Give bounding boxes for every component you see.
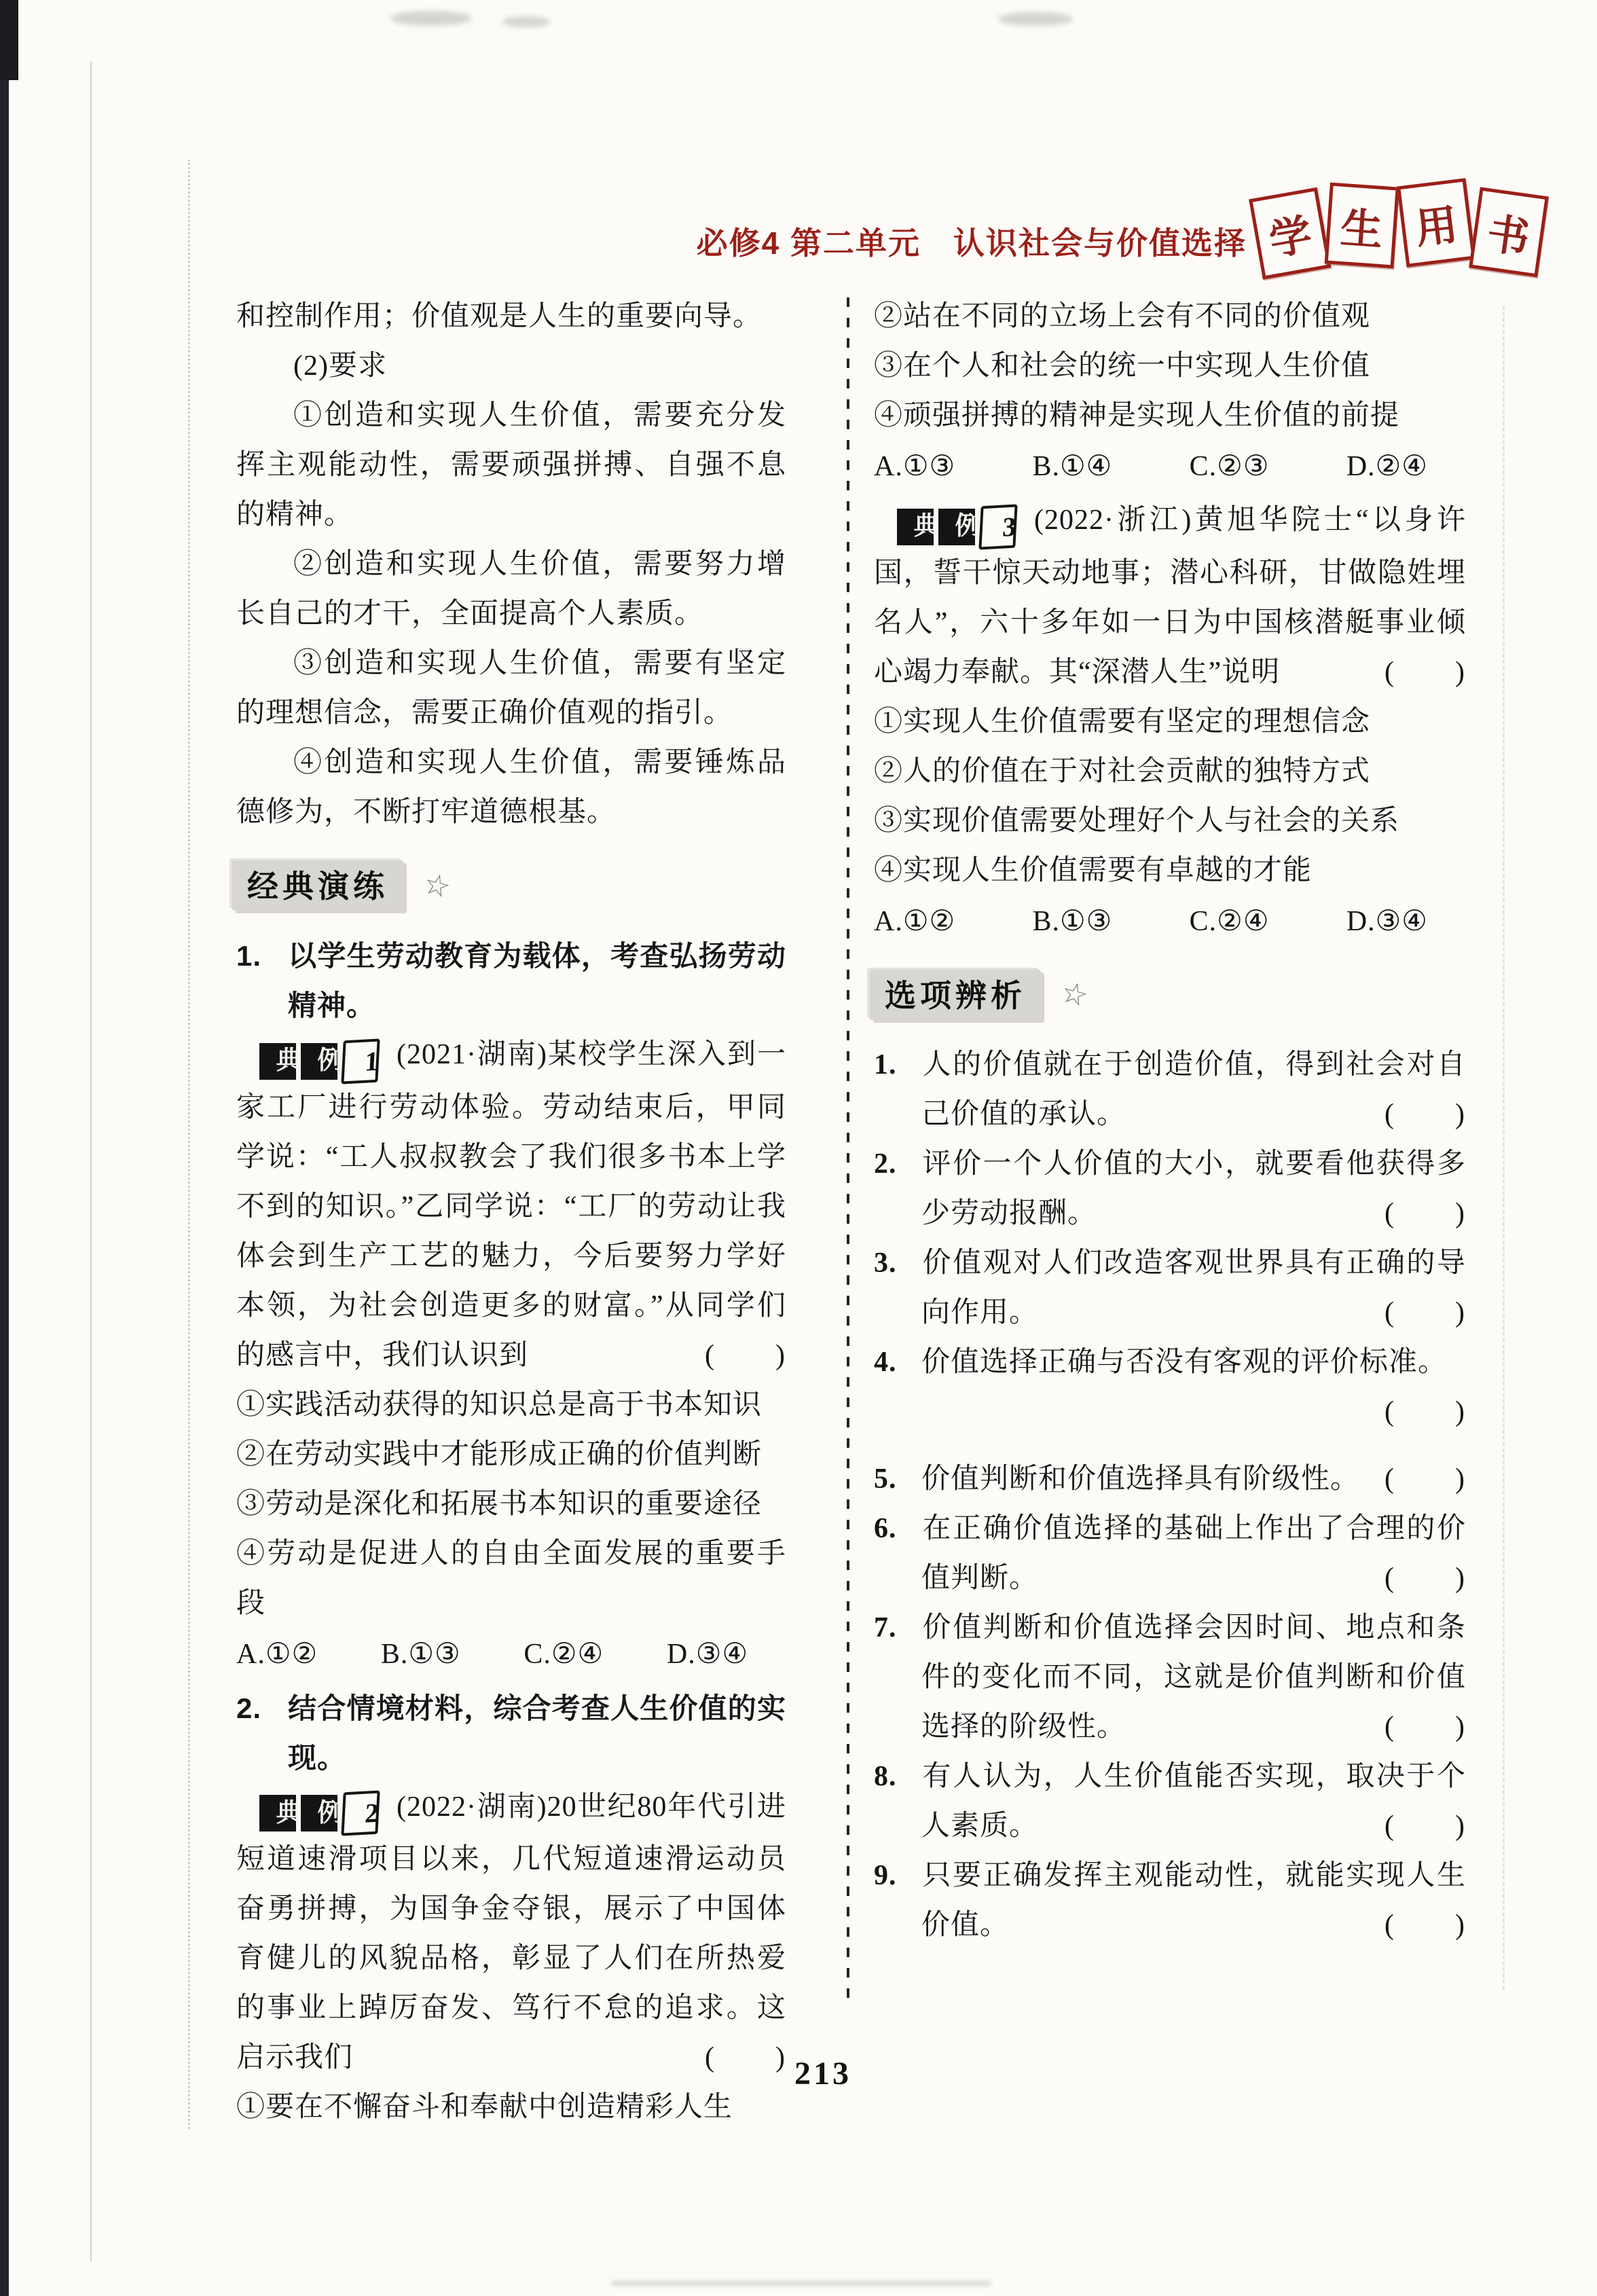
choice-a: A.①③: [874, 442, 955, 492]
badge-number: 3: [978, 504, 1017, 549]
left-margin-guide-line: [188, 160, 190, 2129]
intro-paragraph: ②创造和实现人生价值，需要努力增长自己的才干，全面提高个人素质。: [236, 540, 786, 639]
section-title: 选项辨析: [870, 970, 1041, 1020]
star-icon: ☆: [418, 858, 457, 913]
scan-smudge: [998, 12, 1073, 26]
option-line: ④顽强拼搏的精神是实现人生价值的前提: [874, 391, 1466, 441]
statement-7: 7.价值判断和价值选择会因时间、地点和条件的变化而不同，这就是价值判断和价值选择…: [874, 1603, 1466, 1752]
item-number: 2.: [236, 1683, 288, 1733]
answer-blank: ( ): [1432, 1455, 1466, 1504]
left-column: 和控制作用；价值观是人生的重要向导。 (2)要求 ①创造和实现人生价值，需要充分…: [236, 292, 786, 2132]
scan-smudge: [390, 11, 472, 26]
section-header-option-analysis: 选项辨析 ☆: [870, 970, 1466, 1020]
column-divider-dashed-line: [847, 297, 849, 2005]
example-2: 典例2(2022·湖南)20世纪80年代引进短道速滑项目以来，几代短道速滑运动员…: [236, 1783, 786, 2083]
statement-8: 8.有人认为，人生价值能否实现，取决于个人素质。( ): [874, 1752, 1466, 1851]
badge-char: 例: [938, 509, 975, 545]
intro-paragraph: (2)要求: [236, 342, 786, 391]
answer-blank: ( ): [1361, 648, 1466, 697]
statement-number: 1.: [874, 1040, 921, 1090]
choice-b: B.①③: [381, 1630, 461, 1679]
statement-number: 6.: [874, 1504, 921, 1554]
intro-paragraph: ④创造和实现人生价值，需要锤炼品德修为，不断打牢道德根基。: [236, 738, 786, 837]
choice-c: C.②③: [1190, 442, 1270, 492]
statement-number: 5.: [874, 1455, 921, 1504]
statement-4: 4.价值选择正确与否没有客观的评价标准。( ): [874, 1338, 1466, 1437]
page-number: 213: [735, 2055, 911, 2092]
example-badge: 典例3: [897, 505, 1016, 549]
answer-blank: ( ): [1432, 1387, 1466, 1437]
section-title: 经典演练: [232, 860, 403, 911]
section-header-classic-drill: 经典演练 ☆: [232, 860, 786, 911]
statement-number: 4.: [874, 1338, 921, 1387]
example-text: (2021·湖南)某校学生深入到一家工厂进行劳动体验。劳动结束后，甲同学说：“工…: [236, 1039, 786, 1371]
scan-left-edge: [0, 0, 9, 2296]
statement-number: 3.: [874, 1239, 921, 1288]
intro-paragraph: 和控制作用；价值观是人生的重要向导。: [236, 292, 786, 342]
item-number: 1.: [236, 931, 288, 981]
choice-c: C.②④: [524, 1630, 604, 1679]
statement-text: 价值判断和价值选择具有阶级性。: [921, 1463, 1359, 1495]
answer-blank: ( ): [1432, 1090, 1466, 1140]
example-3: 典例3(2022·浙江)黄旭华院士“以身许国，誓干惊天动地事；潜心科研，甘做隐姓…: [874, 496, 1466, 697]
badge-char: 典: [259, 1043, 296, 1080]
example-badge: 典例2: [259, 1791, 379, 1835]
logo-tile: 学: [1249, 187, 1331, 280]
intro-paragraph: ①创造和实现人生价值，需要充分发挥主观能动性，需要顽强拼搏、自强不息的精神。: [236, 391, 786, 540]
answer-blank: ( ): [1432, 1802, 1466, 1851]
choice-c: C.②④: [1190, 897, 1270, 947]
star-icon: ☆: [1056, 967, 1095, 1022]
badge-number: 2: [341, 1790, 380, 1836]
example-1: 典例1(2021·湖南)某校学生深入到一家工厂进行劳动体验。劳动结束后，甲同学说…: [236, 1030, 786, 1381]
answer-blank: ( ): [1432, 1901, 1466, 1950]
scan-smudge: [502, 16, 550, 27]
choice-b: B.①④: [1032, 442, 1112, 492]
answer-blank: ( ): [1432, 1554, 1466, 1603]
logo-tile: 书: [1469, 187, 1549, 277]
statement-5: 5.价值判断和价值选择具有阶级性。( ): [874, 1455, 1466, 1504]
exam-point-2: 2.结合情境材料，综合考查人生价值的实现。: [236, 1683, 786, 1783]
right-margin-guide-line: [1503, 306, 1505, 1990]
option-line: ③实现价值需要处理好个人与社会的关系: [874, 797, 1466, 846]
option-line: ②站在不同的立场上会有不同的价值观: [874, 292, 1466, 342]
choice-d: D.②④: [1346, 442, 1428, 492]
option-line: ④劳动是促进人的自由全面发展的重要手段: [236, 1529, 786, 1628]
option-line: ①实现人生价值需要有坚定的理想信念: [874, 697, 1466, 747]
badge-char: 典: [897, 509, 934, 545]
option-line: ②在劳动实践中才能形成正确的价值判断: [236, 1430, 786, 1480]
answer-choices: A.①② B.①③ C.②④ D.③④: [874, 897, 1466, 947]
option-line: ③在个人和社会的统一中实现人生价值: [874, 342, 1466, 391]
badge-char: 典: [259, 1795, 296, 1832]
intro-paragraph: ③创造和实现人生价值，需要有坚定的理想信念，需要正确价值观的指引。: [236, 639, 786, 738]
statement-9: 9.只要正确发挥主观能动性，就能实现人生价值。( ): [874, 1851, 1466, 1950]
answer-blank: ( ): [682, 1331, 786, 1381]
student-book-logo: 学 生 用 书: [1253, 182, 1545, 263]
statement-number: 7.: [874, 1603, 921, 1653]
choice-b: B.①③: [1032, 897, 1112, 947]
exam-point-1: 1.以学生劳动教育为载体，考查弘扬劳动精神。: [236, 931, 786, 1030]
badge-char: 例: [301, 1043, 337, 1080]
logo-tile: 生: [1325, 183, 1399, 269]
badge-number: 1: [341, 1038, 380, 1084]
right-column: ②站在不同的立场上会有不同的价值观 ③在个人和社会的统一中实现人生价值 ④顽强拼…: [874, 292, 1466, 1950]
scan-smudge: [611, 2280, 991, 2286]
item-text: 以学生劳动教育为载体，考查弘扬劳动精神。: [288, 940, 786, 1021]
statement-3: 3.价值观对人们改造客观世界具有正确的导向作用。( ): [874, 1239, 1466, 1338]
item-text: 结合情境材料，综合考查人生价值的实现。: [288, 1692, 786, 1774]
statement-1: 1.人的价值就在于创造价值，得到社会对自己价值的承认。( ): [874, 1040, 1466, 1140]
scan-corner-shadow: [0, 0, 18, 80]
choice-d: D.③④: [1346, 897, 1428, 947]
answer-blank: ( ): [1432, 1189, 1466, 1239]
choice-d: D.③④: [667, 1630, 748, 1679]
answer-blank: ( ): [1432, 1288, 1466, 1338]
option-line: ④实现人生价值需要有卓越的才能: [874, 846, 1466, 896]
option-line: ①实践活动获得的知识总是高于书本知识: [236, 1381, 786, 1430]
statement-number: 9.: [874, 1851, 921, 1901]
badge-char: 例: [301, 1795, 337, 1832]
option-line: ②人的价值在于对社会贡献的独特方式: [874, 747, 1466, 797]
statement-text: 价值选择正确与否没有客观的评价标准。: [921, 1347, 1447, 1378]
answer-choices: A.①③ B.①④ C.②③ D.②④: [874, 442, 1466, 492]
answer-choices: A.①② B.①③ C.②④ D.③④: [236, 1630, 786, 1679]
choice-a: A.①②: [874, 897, 955, 947]
statement-number: 2.: [874, 1140, 921, 1189]
answer-blank: ( ): [1432, 1702, 1466, 1752]
logo-tile: 用: [1397, 178, 1475, 268]
example-badge: 典例1: [259, 1040, 379, 1083]
statement-6: 6.在正确价值选择的基础上作出了合理的价值判断。( ): [874, 1504, 1466, 1603]
page-gutter-line: [90, 61, 92, 2261]
statement-2: 2.评价一个人价值的大小，就要看他获得多少劳动报酬。( ): [874, 1140, 1466, 1239]
statement-number: 8.: [874, 1752, 921, 1802]
option-line: ③劳动是深化和拓展书本知识的重要途径: [236, 1480, 786, 1529]
option-line: ①要在不懈奋斗和奉献中创造精彩人生: [236, 2083, 786, 2132]
choice-a: A.①②: [236, 1630, 318, 1679]
unit-title: 必修4 第二单元 认识社会与价值选择: [697, 219, 1247, 263]
